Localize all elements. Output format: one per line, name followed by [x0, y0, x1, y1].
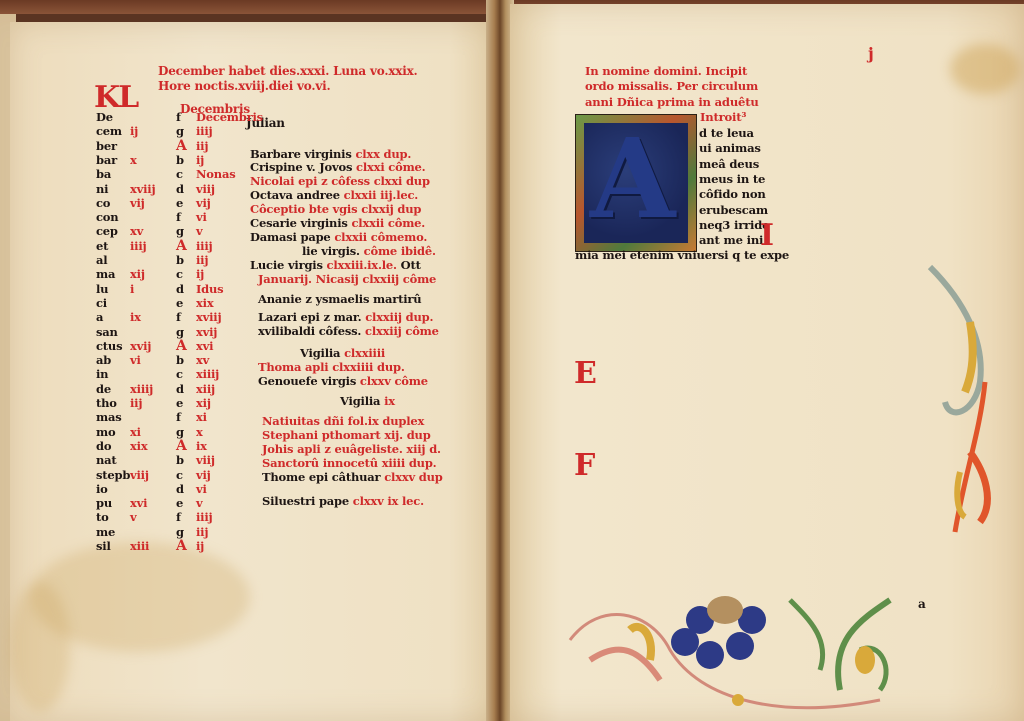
folio-reference: clxxiij [365, 324, 405, 338]
dominical-letter: e [176, 196, 192, 210]
folio-reference: clxx [355, 147, 383, 161]
dominical-letter: b [176, 253, 192, 267]
calendar-syllable: cem [96, 124, 132, 138]
floral-border-ornament [560, 580, 940, 721]
roman-day: iij [196, 525, 236, 539]
feast-name: lie virgis. [302, 244, 364, 258]
feast-name: Crispine v. Jovos [250, 160, 356, 174]
roman-day: vij [196, 196, 236, 210]
dominical-letter: g [176, 124, 192, 138]
dominical-letter: A [176, 139, 192, 153]
feast-rank: côme. [388, 216, 425, 230]
folio-reference: clxxiij [365, 310, 405, 324]
feast-rank: ix lec. [387, 494, 424, 508]
feast-name: Côceptio bte vgis [250, 202, 361, 216]
roman-day: vij [196, 468, 236, 482]
incipit-line: anni Dñica prima in aduêtu [585, 95, 759, 110]
feast-name: Sanctorû innocetû [262, 456, 382, 470]
feast-rank: iij.lec. [380, 188, 418, 202]
red-initial-I: I [760, 218, 774, 253]
golden-number: xi [130, 425, 160, 439]
feast-entry: lie virgis. côme ibidê. [302, 244, 436, 258]
feast-rank: dup. [384, 147, 412, 161]
feast-rank: dup [406, 174, 430, 188]
feast-name: Barbare virginis [250, 147, 355, 161]
red-initial-F: F [574, 448, 595, 483]
feast-rank: dup. [409, 456, 437, 470]
calendar-syllable: al [96, 253, 132, 267]
golden-number: xvij [130, 339, 160, 353]
golden-number: ix [130, 310, 160, 324]
folio-reference: fol.ix [348, 414, 383, 428]
roman-day: vi [196, 482, 236, 496]
roman-day: iiij [196, 510, 236, 524]
roman-day: xix [196, 296, 236, 310]
roman-day: Idus [196, 282, 236, 296]
calendar-syllable: stepb [96, 468, 132, 482]
feast-entry: Januarij. Nicasij clxxiij côme [258, 272, 436, 286]
golden-number: ij [130, 124, 160, 138]
month-label: Decembris [180, 102, 250, 116]
feast-entry: Genouefe virgis clxxv côme [258, 374, 428, 388]
folio-reference: ix [384, 394, 395, 408]
feast-name: Stephani pthomart [262, 428, 384, 442]
feast-name: Natiuitas dñi [262, 414, 348, 428]
feast-rank: côme [403, 272, 436, 286]
feast-name: Vigilia [340, 394, 384, 408]
roman-day: xiiij [196, 367, 236, 381]
golden-number: xviij [130, 182, 160, 196]
text-line: neq3 irride [699, 218, 769, 233]
text-line: meâ deus [699, 157, 759, 172]
folio-reference: xij. [384, 428, 406, 442]
feast-rank: dup [397, 202, 421, 216]
column-marker: j [868, 44, 874, 63]
feast-entry: Siluestri pape clxxv ix lec. [262, 494, 424, 508]
dominical-letter: d [176, 382, 192, 396]
folio-reference: clxxv [353, 494, 388, 508]
feast-rank: côme ibidê. [364, 244, 436, 258]
feast-entry: Sanctorû innocetû xiiii dup. [262, 456, 436, 470]
roman-day: iij [196, 253, 236, 267]
golden-number: xv [130, 224, 160, 238]
golden-number: xiii [130, 539, 160, 553]
marginal-acanthus-ornament [925, 262, 1005, 542]
folio-reference: clxxij [361, 202, 397, 216]
dominical-letter: c [176, 167, 192, 181]
roman-day: iij [196, 139, 236, 153]
feast-name: Siluestri pape [262, 494, 353, 508]
golden-number: xiiij [130, 382, 160, 396]
dominical-letter: d [176, 482, 192, 496]
feast-name: Genouefe virgis [258, 374, 360, 388]
roman-day: xvij [196, 325, 236, 339]
feast-name: Lazari epi z mar. [258, 310, 365, 324]
dominical-letter: e [176, 296, 192, 310]
dominical-letter: g [176, 425, 192, 439]
roman-day: xviij [196, 310, 236, 324]
feast-rank: côme. [388, 160, 425, 174]
feast-entry: Ananie z ysmaelis martirû [258, 292, 421, 306]
dominical-letter: f [176, 210, 192, 224]
golden-number: viij [130, 468, 160, 482]
calendar-syllable: mo [96, 425, 132, 439]
feast-entry: Octava andree clxxii iij.lec. [250, 188, 418, 202]
calendar-syllable: tho [96, 396, 132, 410]
kalendar-header: December habet dies.xxxi. Luna vo.xxix. … [158, 64, 418, 94]
water-stain [10, 582, 70, 712]
folio-reference: clxxi [356, 160, 388, 174]
text-line: d te leua [699, 126, 754, 141]
golden-number: iij [130, 396, 160, 410]
calendar-syllable: mas [96, 410, 132, 424]
calendar-syllable: co [96, 196, 132, 210]
calendar-syllable: ab [96, 353, 132, 367]
feast-name: Octava andree [250, 188, 344, 202]
roman-day: v [196, 496, 236, 510]
folio-reference: clxxiij [362, 272, 402, 286]
roman-day: vi [196, 210, 236, 224]
feast-rank: dup. [377, 360, 405, 374]
calendar-syllable: me [96, 525, 132, 539]
golden-number: xix [130, 439, 160, 453]
incipit-line: Introit³ [700, 110, 746, 125]
folio-reference: xiij [406, 442, 429, 456]
dominical-letter: A [176, 339, 192, 353]
dominical-letter: b [176, 453, 192, 467]
roman-day: v [196, 224, 236, 238]
calendar-syllable: lu [96, 282, 132, 296]
feast-entry: Thoma apli clxxiiii dup. [258, 360, 405, 374]
dominical-letter: b [176, 153, 192, 167]
golden-number: i [130, 282, 160, 296]
feast-rank: dup [419, 470, 443, 484]
water-stain [950, 44, 1020, 94]
header-line-1: December habet dies.xxxi. Luna vo.xxix. [158, 64, 418, 79]
feast-entry: Damasi pape clxxii cômemo. [250, 230, 427, 244]
feast-entry: Vigilia ix [340, 394, 395, 408]
dominical-letter: A [176, 239, 192, 253]
feast-entry: Thome epi câthuar clxxv dup [262, 470, 443, 484]
calendar-syllable: ctus [96, 339, 132, 353]
text-line: côfido non [699, 187, 766, 202]
dominical-letter: c [176, 267, 192, 281]
feast-name: Nicolai epi z côfess [250, 174, 374, 188]
feast-name: Ananie z ysmaelis martirû [258, 292, 421, 306]
calendar-syllable: in [96, 367, 132, 381]
dominical-letter: b [176, 353, 192, 367]
feast-entry: Natiuitas dñi fol.ix duplex [262, 414, 424, 428]
folio-reference: xiiii [382, 456, 409, 470]
dominical-letter: g [176, 224, 192, 238]
dominical-letter: e [176, 396, 192, 410]
feast-entry: Cesarie virginis clxxii côme. [250, 216, 425, 230]
feast-entry: Johis apli z euâgeliste. xiij d. [262, 442, 441, 456]
dominical-letter: d [176, 282, 192, 296]
dominical-letter: g [176, 325, 192, 339]
dominical-letter: c [176, 468, 192, 482]
folio-reference: clxxiiii [332, 360, 377, 374]
roman-day: xij [196, 396, 236, 410]
folio-reference: clxxiiii [344, 346, 385, 360]
feast-entry: Crispine v. Jovos clxxi côme. [250, 160, 425, 174]
feast-name: Thome epi câthuar [262, 470, 384, 484]
feast-name: Lucie virgis [250, 258, 327, 272]
feast-rank: duplex [382, 414, 424, 428]
incipit-line: ordo missalis. Per circulum [585, 79, 758, 94]
text-line: ant me ini [699, 233, 763, 248]
golden-number: x [130, 153, 160, 167]
folio-reference: clxxii [334, 230, 370, 244]
feast-name: Januarij. Nicasij [258, 272, 362, 286]
calendar-syllable: ma [96, 267, 132, 281]
feast-name: Cesarie virginis [250, 216, 351, 230]
incipit-line: In nomine domini. Incipit [585, 64, 747, 79]
feast-rank: dup [407, 428, 431, 442]
folio-reference: clxxiii.ix.le. [327, 258, 401, 272]
golden-number: iiij [130, 239, 160, 253]
dominical-letter: f [176, 410, 192, 424]
feast-entry: Lazari epi z mar. clxxiij dup. [258, 310, 433, 324]
text-line: erubescam [699, 203, 768, 218]
dominical-letter: c [176, 367, 192, 381]
feast-name: Johis apli z euâgeliste. [262, 442, 406, 456]
calendar-syllable: bar [96, 153, 132, 167]
roman-day: iiij [196, 124, 236, 138]
calendar-syllable: ba [96, 167, 132, 181]
text-line: meus in te [699, 172, 765, 187]
feast-rank: d. [429, 442, 441, 456]
feast-entry: Côceptio bte vgis clxxij dup [250, 202, 421, 216]
roman-day: xiij [196, 382, 236, 396]
calendar-syllable: ber [96, 139, 132, 153]
feast-entry: Lucie virgis clxxiii.ix.le. Ott [250, 258, 421, 272]
dominical-letter: e [176, 496, 192, 510]
calendar-syllable: pu [96, 496, 132, 510]
calendar-syllable: nat [96, 453, 132, 467]
calendar-syllable: a [96, 310, 132, 324]
calendar-syllable: to [96, 510, 132, 524]
feast-name: xvilibaldi côfess. [258, 324, 365, 338]
roman-day: x [196, 425, 236, 439]
header-line-2: Hore noctis.xviij.diei vo.vi. [158, 79, 418, 94]
feast-name: Vigilia [300, 346, 344, 360]
roman-day: ij [196, 539, 236, 553]
feast-name: Damasi pape [250, 230, 334, 244]
roman-day: iiij [196, 239, 236, 253]
text-line: ui animas [699, 141, 761, 156]
calendar-syllable: de [96, 382, 132, 396]
calendar-syllable: De [96, 110, 132, 124]
red-initial-E: E [574, 356, 597, 391]
roman-day: ij [196, 267, 236, 281]
illuminated-initial-A: A [575, 114, 697, 252]
dominical-letter: f [176, 310, 192, 324]
feast-rank: côme [405, 324, 438, 338]
dominical-letter: g [176, 525, 192, 539]
folio-reference: clxxii [351, 216, 387, 230]
golden-number: xij [130, 267, 160, 281]
roman-day: xi [196, 410, 236, 424]
calendar-syllable: io [96, 482, 132, 496]
golden-number: xvi [130, 496, 160, 510]
feast-rank: Ott [401, 258, 421, 272]
folio-reference: clxxv [384, 470, 419, 484]
calendar-syllable: ci [96, 296, 132, 310]
feast-rank: dup. [406, 310, 434, 324]
calendar-syllable: et [96, 239, 132, 253]
dominical-letter: A [176, 539, 192, 553]
roman-day: xv [196, 353, 236, 367]
folio-reference: clxxi [374, 174, 406, 188]
folio-reference: clxxv [360, 374, 395, 388]
dominical-letter: f [176, 510, 192, 524]
feast-rank: côme [395, 374, 428, 388]
feast-entry: Stephani pthomart xij. dup [262, 428, 431, 442]
feast-entry: Vigilia clxxiiii [300, 346, 385, 360]
text-line: mia mei etenim vniuersi q te expe [575, 248, 789, 263]
roman-day: ij [196, 153, 236, 167]
feast-entry: Nicolai epi z côfess clxxi dup [250, 174, 430, 188]
calendar-syllable: san [96, 325, 132, 339]
golden-number: v [130, 510, 160, 524]
dominical-letter: A [176, 439, 192, 453]
calendar-syllable: sil [96, 539, 132, 553]
calendar-syllable: cep [96, 224, 132, 238]
feast-entry: Barbare virginis clxx dup. [250, 147, 411, 161]
initial-letter: A [590, 119, 675, 239]
feast-rank: cômemo. [371, 230, 427, 244]
roman-day: viij [196, 182, 236, 196]
roman-day: xvi [196, 339, 236, 353]
golden-number: vi [130, 353, 160, 367]
calendar-syllable: ni [96, 182, 132, 196]
roman-day: viij [196, 453, 236, 467]
folio-reference: clxxii [344, 188, 380, 202]
roman-day: Nonas [196, 167, 236, 181]
roman-day: ix [196, 439, 236, 453]
golden-number: vij [130, 196, 160, 210]
calendar-syllable: do [96, 439, 132, 453]
feast-name: Thoma apli [258, 360, 332, 374]
feast-entry: xvilibaldi côfess. clxxiij côme [258, 324, 439, 338]
calendar-syllable: con [96, 210, 132, 224]
dominical-letter: d [176, 182, 192, 196]
